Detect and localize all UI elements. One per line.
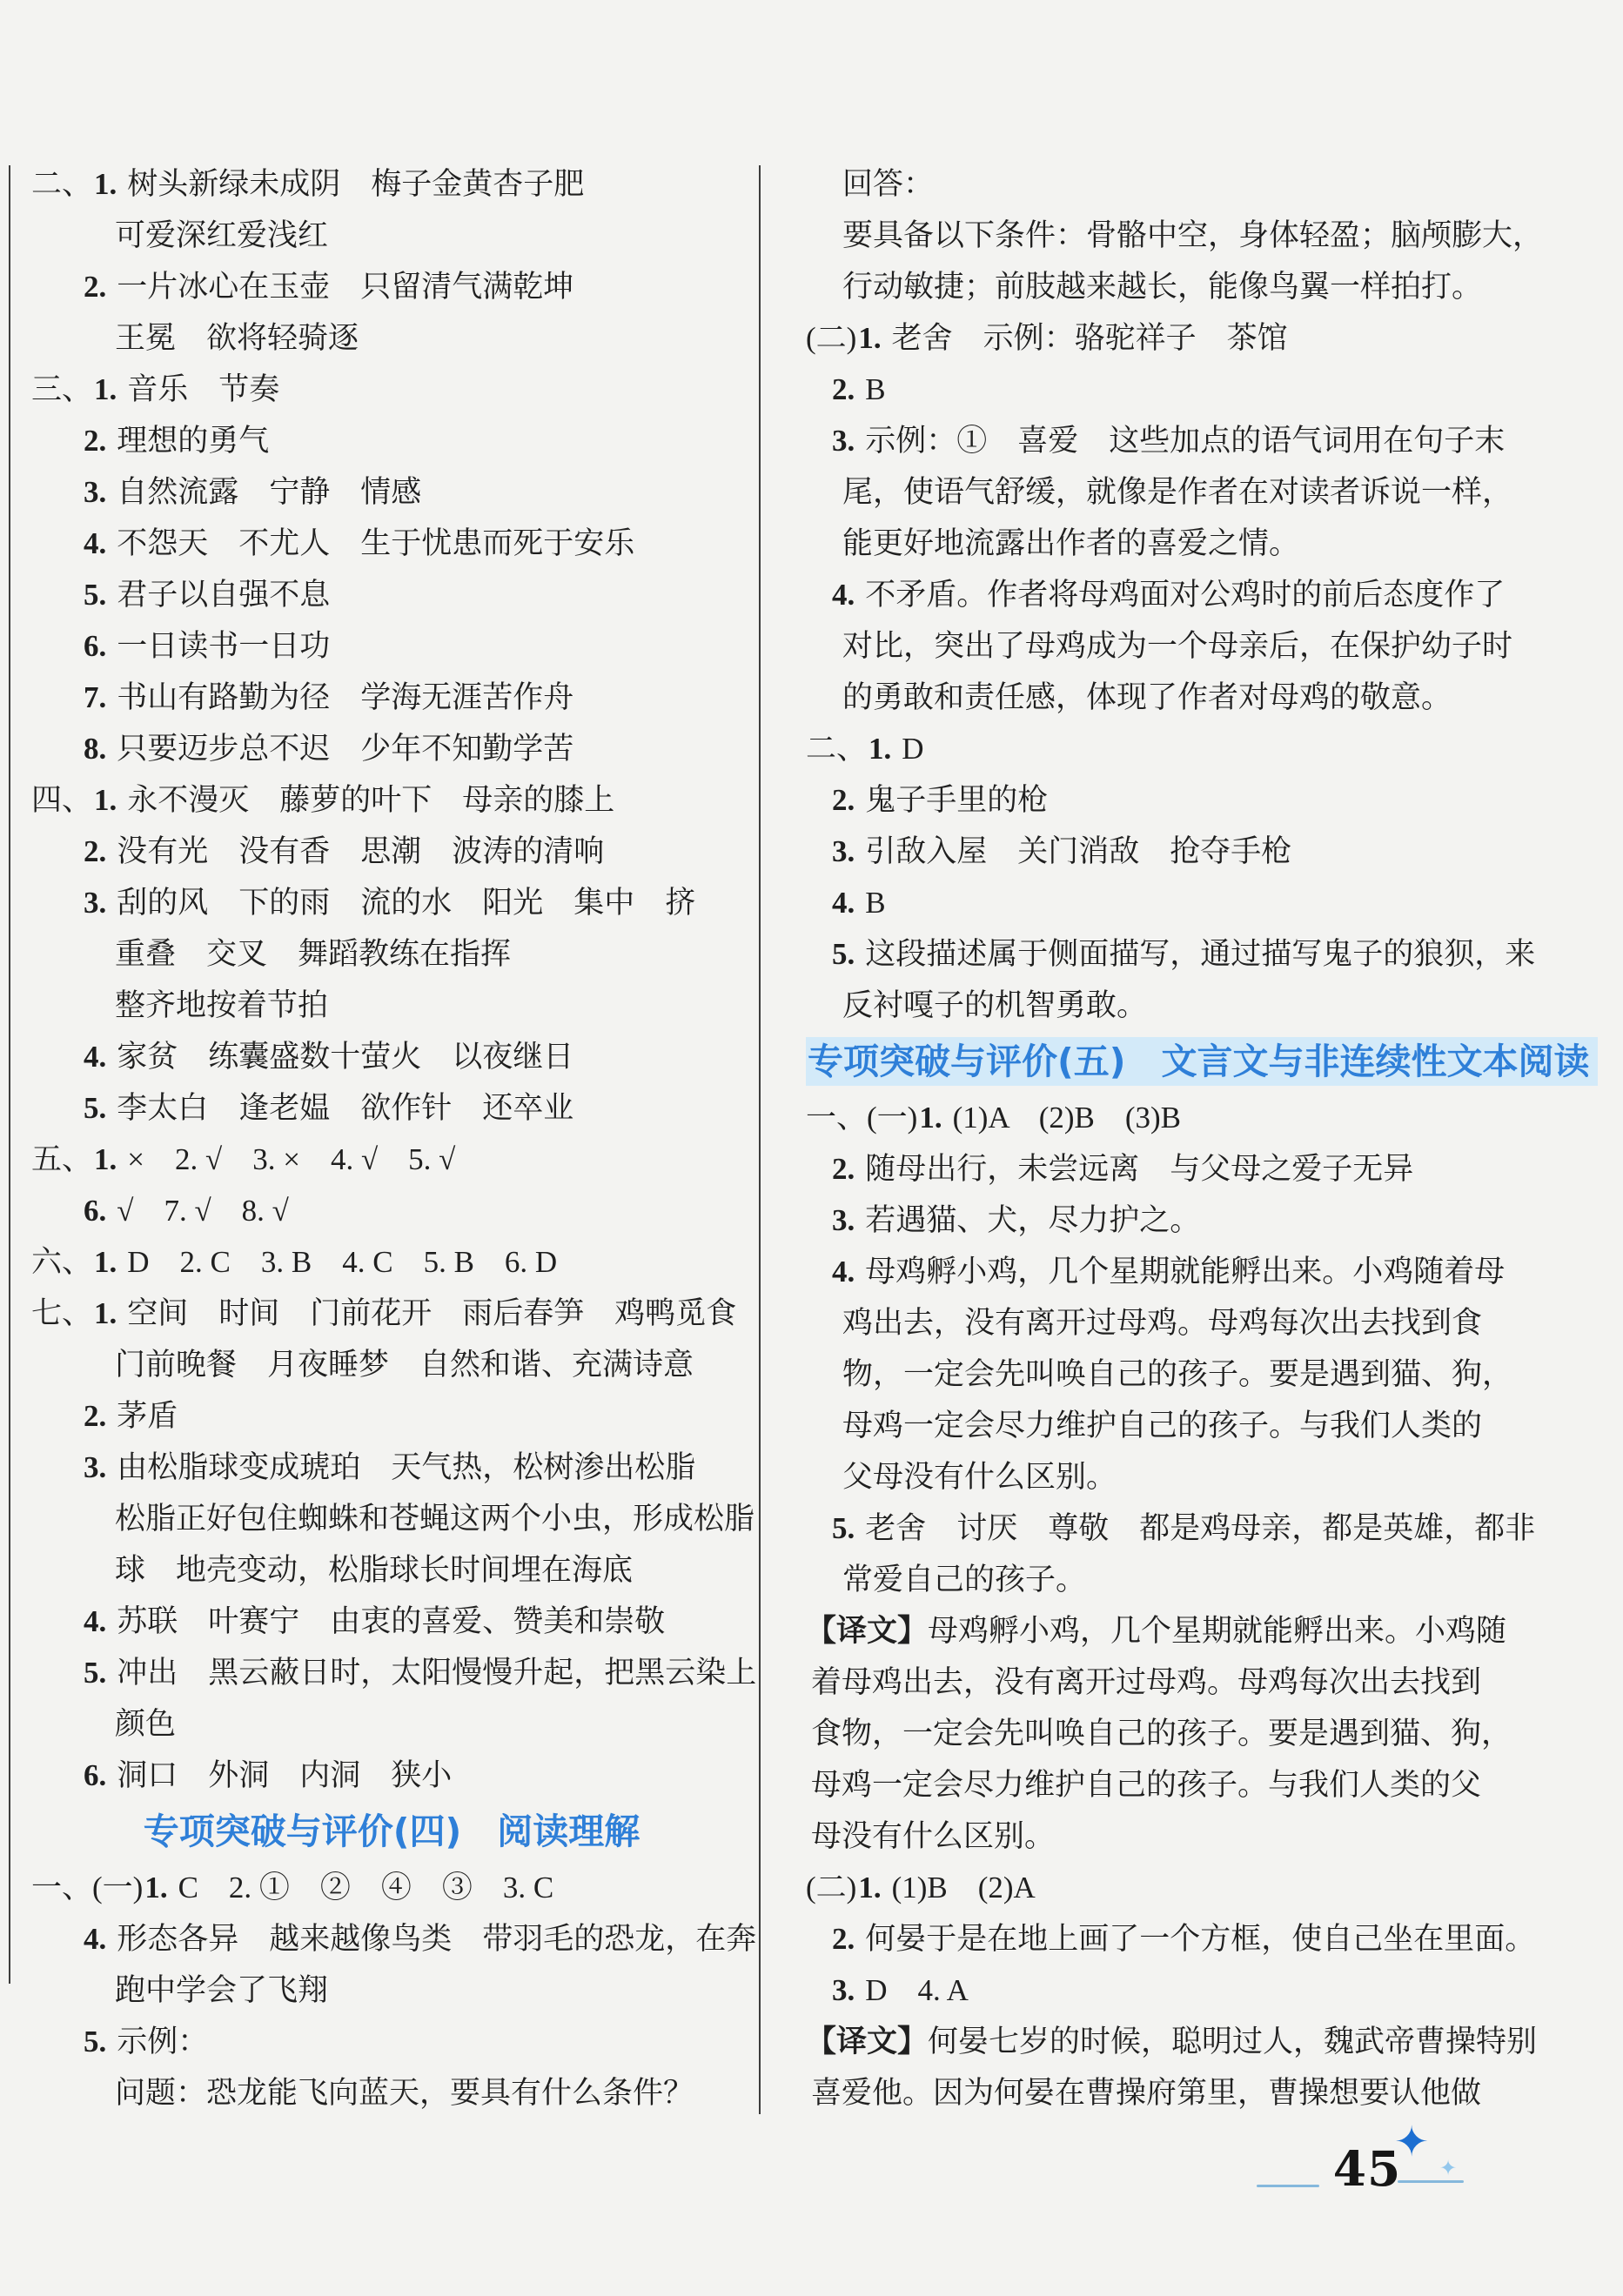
- item-number: 2.: [84, 270, 106, 304]
- answer-text: 重叠 交叉 舞蹈教练在指挥: [115, 937, 511, 971]
- item-number: 2.: [84, 424, 106, 458]
- item-number: 3.: [84, 1450, 106, 1484]
- answer-line: 着母鸡出去，没有离开过母鸡。母鸡每次出去找到: [806, 1657, 1619, 1708]
- answer-line: 4.家贫 练囊盛数十萤火 以夜继日: [31, 1031, 752, 1082]
- item-number: 1.: [94, 167, 117, 201]
- answer-line: 母没有什么区别。: [806, 1811, 1619, 1862]
- answer-line: 6.√ 7. √ 8. √: [31, 1185, 752, 1236]
- answer-line: 食物，一定会先叫唤自己的孩子。要是遇到猫、狗，: [806, 1708, 1619, 1759]
- answer-text: 永不漫灭 藤萝的叶下 母亲的膝上: [127, 783, 614, 817]
- answer-text: 行动敏捷；前肢越来越长，能像鸟翼一样拍打。: [842, 270, 1482, 304]
- answer-line: 回答：: [806, 158, 1619, 210]
- item-number: 2.: [832, 372, 855, 406]
- answer-text: 反衬嘎子的机智勇敢。: [842, 988, 1147, 1022]
- answer-text: 一片冰心在玉壶 只留清气满乾坤: [117, 270, 573, 304]
- answer-line: 要具备以下条件：骨骼中空，身体轻盈；脑颅膨大，: [806, 210, 1619, 261]
- item-number: 1.: [919, 1101, 942, 1135]
- answer-text: 母鸡一定会尽力维护自己的孩子。与我们人类的父: [811, 1768, 1481, 1802]
- answer-line: 球 地壳变动，松脂球长时间埋在海底: [31, 1544, 752, 1596]
- answer-line: 母鸡一定会尽力维护自己的孩子。与我们人类的父: [806, 1759, 1619, 1811]
- answer-text: 茅盾: [117, 1399, 178, 1433]
- item-number: 1.: [858, 1871, 881, 1904]
- item-number: 6.: [84, 1194, 106, 1228]
- answer-text: × 2. √ 3. × 4. √ 5. √: [127, 1142, 455, 1176]
- item-number: 5.: [832, 937, 855, 971]
- answer-text: 若遇猫、犬，尽力护之。: [865, 1203, 1200, 1237]
- answer-text: 鬼子手里的枪: [865, 783, 1048, 817]
- answer-line: 颜色: [31, 1698, 752, 1750]
- answer-text: 常爱自己的孩子。: [842, 1563, 1086, 1596]
- item-number: 1.: [144, 1871, 167, 1904]
- answer-line: 父母没有什么区别。: [806, 1451, 1619, 1503]
- answer-text: 冲出 黑云蔽日时，太阳慢慢升起，把黑云染上: [117, 1656, 756, 1690]
- answer-text: 王冕 欲将轻骑逐: [115, 321, 359, 355]
- answer-line: 重叠 交叉 舞蹈教练在指挥: [31, 928, 752, 980]
- answer-line: 5.这段描述属于侧面描写，通过描写鬼子的狼狈，来: [806, 928, 1619, 980]
- answer-line: 一、(一)1.(1)A (2)B (3)B: [806, 1092, 1619, 1143]
- answer-text: 示例：: [117, 2025, 208, 2058]
- answer-line: 对比，突出了母鸡成为一个母亲后，在保护幼子时: [806, 620, 1619, 672]
- item-number: 6.: [84, 629, 106, 663]
- answer-line: 一、(一)1.C 2. ① ② ④ ③ 3. C: [31, 1862, 752, 1913]
- item-number: 2.: [84, 1399, 106, 1433]
- answer-text: 老舍 示例：骆驼祥子 茶馆: [892, 321, 1288, 355]
- left-margin-rule: [9, 165, 10, 1984]
- answer-text: 理想的勇气: [117, 424, 269, 458]
- answer-line: 物，一定会先叫唤自己的孩子。要是遇到猫、狗，: [806, 1349, 1619, 1400]
- answer-line: 门前晚餐 月夜睡梦 自然和谐、充满诗意: [31, 1339, 752, 1390]
- item-number: 1.: [94, 372, 117, 406]
- item-number: 7.: [84, 680, 106, 714]
- answer-text: 整齐地按着节拍: [115, 988, 328, 1022]
- section-marker: 二、: [806, 732, 867, 766]
- answer-text: 着母鸡出去，没有离开过母鸡。母鸡每次出去找到: [811, 1665, 1481, 1699]
- item-number: 4.: [84, 526, 106, 560]
- answer-text: 自然流露 宁静 情感: [117, 475, 421, 509]
- answer-text: 家贫 练囊盛数十萤火 以夜继日: [117, 1040, 573, 1074]
- answer-line: 3.若遇猫、犬，尽力护之。: [806, 1195, 1619, 1246]
- answer-line: 4.B: [806, 877, 1619, 928]
- item-number: 2.: [832, 1922, 855, 1956]
- answer-line: 7.书山有路勤为径 学海无涯苦作舟: [31, 672, 752, 723]
- section-marker: 五、: [31, 1142, 92, 1176]
- answer-text: 形态各异 越来越像鸟类 带羽毛的恐龙，在奔: [117, 1922, 756, 1956]
- answer-text: 鸡出去，没有离开过母鸡。母鸡每次出去找到食: [842, 1306, 1482, 1340]
- answer-text: 对比，突出了母鸡成为一个母亲后，在保护幼子时: [842, 629, 1512, 663]
- answer-line: 2.何晏于是在地上画了一个方框，使自己坐在里面。: [806, 1913, 1619, 1965]
- answer-text: (1)A (2)B (3)B: [953, 1101, 1181, 1135]
- sparkle-icon-small: ✦: [1439, 2158, 1457, 2179]
- answers-column-right: 回答：要具备以下条件：骨骼中空，身体轻盈；脑颅膨大，行动敏捷；前肢越来越长，能像…: [806, 158, 1619, 2119]
- answer-line: 2.鬼子手里的枪: [806, 774, 1619, 826]
- item-number: 2.: [832, 783, 855, 817]
- answer-text: √ 7. √ 8. √: [117, 1194, 289, 1228]
- answer-text: 物，一定会先叫唤自己的孩子。要是遇到猫、狗，: [842, 1357, 1512, 1391]
- answer-line: 5.冲出 黑云蔽日时，太阳慢慢升起，把黑云染上: [31, 1647, 752, 1698]
- answer-line: 4.苏联 叶赛宁 由衷的喜爱、赞美和崇敬: [31, 1596, 752, 1647]
- item-number: 1.: [94, 1296, 117, 1330]
- item-number: 1.: [94, 783, 117, 817]
- answer-text: 跑中学会了飞翔: [115, 1973, 328, 2007]
- section-heading-text: 专项突破与评价(五) 文言文与非连续性文本阅读: [806, 1037, 1598, 1086]
- answer-text: 书山有路勤为径 学海无涯苦作舟: [117, 680, 573, 714]
- answer-text: D: [902, 732, 923, 766]
- answer-text: 空间 时间 门前花开 雨后春笋 鸡鸭觅食: [127, 1296, 736, 1330]
- item-number: 3.: [832, 424, 855, 458]
- answer-line: (二)1.老舍 示例：骆驼祥子 茶馆: [806, 312, 1619, 364]
- answer-line: 整齐地按着节拍: [31, 980, 752, 1031]
- footer-rule-right: [1398, 2180, 1464, 2183]
- answer-text: 可爱深红爱浅红: [115, 218, 328, 252]
- answer-line: 反衬嘎子的机智勇敢。: [806, 980, 1619, 1031]
- item-number: 【译文】: [806, 2025, 928, 2058]
- section-marker: 四、: [31, 783, 92, 817]
- answer-text: 母鸡一定会尽力维护自己的孩子。与我们人类的: [842, 1409, 1482, 1443]
- answer-text: 要具备以下条件：骨骼中空，身体轻盈；脑颅膨大，: [842, 218, 1543, 252]
- item-number: 3.: [84, 886, 106, 920]
- answer-text: 树头新绿未成阴 梅子金黄杏子肥: [127, 167, 584, 201]
- item-number: 5.: [84, 1656, 106, 1690]
- item-number: 4.: [84, 1922, 106, 1956]
- answer-line: 常爱自己的孩子。: [806, 1554, 1619, 1605]
- item-number: 5.: [84, 2025, 106, 2058]
- answer-text: C 2. ① ② ④ ③ 3. C: [178, 1871, 554, 1904]
- answer-text: 这段描述属于侧面描写，通过描写鬼子的狼狈，来: [865, 937, 1535, 971]
- answer-line: 跑中学会了飞翔: [31, 1965, 752, 2016]
- answer-line: 二、1.树头新绿未成阴 梅子金黄杏子肥: [31, 158, 752, 210]
- item-number: 4.: [832, 1255, 855, 1289]
- answer-line: 3.D 4. A: [806, 1965, 1619, 2016]
- answer-text: 只要迈步总不迟 少年不知勤学苦: [117, 732, 573, 766]
- answer-line: 2.理想的勇气: [31, 415, 752, 466]
- answer-text: 松脂正好包住蜘蛛和苍蝇这两个小虫，形成松脂: [115, 1502, 754, 1536]
- section-marker: (二): [806, 321, 856, 355]
- answer-text: 一日读书一日功: [117, 629, 330, 663]
- answer-line: 4.不怨天 不尤人 生于忧患而死于安乐: [31, 518, 752, 569]
- item-number: 3.: [84, 475, 106, 509]
- section-heading: 专项突破与评价(五) 文言文与非连续性文本阅读: [806, 1031, 1619, 1092]
- answer-line: 母鸡一定会尽力维护自己的孩子。与我们人类的: [806, 1400, 1619, 1451]
- answer-line: 3.示例：① 喜爱 这些加点的语气词用在句子末: [806, 415, 1619, 466]
- answer-text: 颜色: [115, 1707, 176, 1741]
- answer-text: 母鸡孵小鸡，几个星期就能孵出来。小鸡随: [928, 1614, 1506, 1648]
- answer-line: 七、1.空间 时间 门前花开 雨后春笋 鸡鸭觅食: [31, 1288, 752, 1339]
- answer-line: 六、1.D 2. C 3. B 4. C 5. B 6. D: [31, 1236, 752, 1288]
- answer-line: 能更好地流露出作者的喜爱之情。: [806, 518, 1619, 569]
- answer-line: 4.母鸡孵小鸡，几个星期就能孵出来。小鸡随着母: [806, 1246, 1619, 1297]
- answer-text: 引敌入屋 关门消敌 抢夺手枪: [865, 834, 1291, 868]
- section-marker: (二): [806, 1871, 856, 1904]
- answer-line: 2.茅盾: [31, 1390, 752, 1442]
- answer-text: 老舍 讨厌 尊敬 都是鸡母亲，都是英雄，都非: [865, 1511, 1535, 1545]
- answer-text: 母没有什么区别。: [811, 1819, 1055, 1853]
- answer-line: 四、1.永不漫灭 藤萝的叶下 母亲的膝上: [31, 774, 752, 826]
- answer-text: 食物，一定会先叫唤自己的孩子。要是遇到猫、狗，: [811, 1717, 1512, 1750]
- answer-line: 王冕 欲将轻骑逐: [31, 312, 752, 364]
- answer-line: 2.B: [806, 364, 1619, 415]
- answer-line: 行动敏捷；前肢越来越长，能像鸟翼一样拍打。: [806, 261, 1619, 312]
- item-number: 1.: [94, 1142, 117, 1176]
- item-number: 4.: [832, 886, 855, 920]
- answer-text: 母鸡孵小鸡，几个星期就能孵出来。小鸡随着母: [865, 1255, 1505, 1289]
- answer-line: 2.随母出行，未尝远离 与父母之爱子无异: [806, 1143, 1619, 1195]
- answer-line: 尾，使语气舒缓，就像是作者在对读者诉说一样，: [806, 466, 1619, 518]
- answer-text: B: [865, 886, 885, 920]
- answer-line: 4.形态各异 越来越像鸟类 带羽毛的恐龙，在奔: [31, 1913, 752, 1965]
- answer-text: B: [865, 372, 885, 406]
- item-number: 6.: [84, 1758, 106, 1792]
- answer-line: 6.一日读书一日功: [31, 620, 752, 672]
- answer-line: 6.洞口 外洞 内洞 狭小: [31, 1750, 752, 1801]
- answer-line: 喜爱他。因为何晏在曹操府第里，曹操想要认他做: [806, 2067, 1619, 2119]
- answer-text: 何晏于是在地上画了一个方框，使自己坐在里面。: [865, 1922, 1535, 1956]
- section-marker: 三、: [31, 372, 92, 406]
- item-number: 3.: [832, 834, 855, 868]
- answer-text: 能更好地流露出作者的喜爱之情。: [842, 526, 1299, 560]
- answer-line: 5.君子以自强不息: [31, 569, 752, 620]
- answer-line: 5.示例：: [31, 2016, 752, 2067]
- section-marker: 二、: [31, 167, 92, 201]
- answer-line: 的勇敢和责任感，体现了作者对母鸡的敬意。: [806, 672, 1619, 723]
- section-heading-text: 专项突破与评价(四) 阅读理解: [144, 1811, 640, 1852]
- answer-text: D 2. C 3. B 4. C 5. B 6. D: [127, 1245, 557, 1279]
- item-number: 1.: [94, 1245, 117, 1279]
- answer-line: 5.老舍 讨厌 尊敬 都是鸡母亲，都是英雄，都非: [806, 1503, 1619, 1554]
- answer-text: 刮的风 下的雨 流的水 阳光 集中 挤: [117, 886, 695, 920]
- answer-line: 二、1.D: [806, 723, 1619, 774]
- answer-text: 问题：恐龙能飞向蓝天，要具有什么条件？: [115, 2076, 694, 2110]
- item-number: 4.: [832, 578, 855, 612]
- answer-text: 不怨天 不尤人 生于忧患而死于安乐: [117, 526, 634, 560]
- answer-text: 李太白 逢老媪 欲作针 还卒业: [117, 1091, 573, 1125]
- item-number: 8.: [84, 732, 106, 766]
- answer-text: 回答：: [842, 167, 934, 201]
- section-marker: 六、: [31, 1245, 92, 1279]
- answer-line: (二)1.(1)B (2)A: [806, 1862, 1619, 1913]
- answer-text: 不矛盾。作者将母鸡面对公鸡时的前后态度作了: [865, 578, 1505, 612]
- item-number: 2.: [832, 1152, 855, 1186]
- answer-line: 可爱深红爱浅红: [31, 210, 752, 261]
- column-divider-rule: [759, 165, 761, 2114]
- section-marker: 一、(一): [806, 1101, 917, 1135]
- item-number: 【译文】: [806, 1614, 928, 1648]
- section-marker: 一、(一): [31, 1871, 143, 1904]
- answer-key-page: { "page": { "background": "#f3f3f1", "ac…: [0, 0, 1623, 2296]
- footer-rule-left: [1257, 2185, 1319, 2187]
- answer-text: 没有光 没有香 思潮 波涛的清响: [117, 834, 604, 868]
- answer-text: 由松脂球变成琥珀 天气热，松树渗出松脂: [117, 1450, 695, 1484]
- answer-line: 8.只要迈步总不迟 少年不知勤学苦: [31, 723, 752, 774]
- answer-line: 【译文】母鸡孵小鸡，几个星期就能孵出来。小鸡随: [806, 1605, 1619, 1657]
- item-number: 5.: [832, 1511, 855, 1545]
- answer-text: 门前晚餐 月夜睡梦 自然和谐、充满诗意: [115, 1348, 694, 1382]
- answer-text: D 4. A: [865, 1973, 969, 2007]
- item-number: 5.: [84, 578, 106, 612]
- answer-text: (1)B (2)A: [892, 1871, 1036, 1904]
- answer-line: 3.由松脂球变成琥珀 天气热，松树渗出松脂: [31, 1442, 752, 1493]
- item-number: 3.: [832, 1203, 855, 1237]
- answer-line: 5.李太白 逢老媪 欲作针 还卒业: [31, 1082, 752, 1134]
- answer-line: 问题：恐龙能飞向蓝天，要具有什么条件？: [31, 2067, 752, 2119]
- item-number: 1.: [858, 321, 881, 355]
- answer-line: 2.一片冰心在玉壶 只留清气满乾坤: [31, 261, 752, 312]
- answer-text: 喜爱他。因为何晏在曹操府第里，曹操想要认他做: [811, 2076, 1481, 2110]
- answer-text: 君子以自强不息: [117, 578, 330, 612]
- answer-text: 尾，使语气舒缓，就像是作者在对读者诉说一样，: [842, 475, 1512, 509]
- answer-text: 的勇敢和责任感，体现了作者对母鸡的敬意。: [842, 680, 1452, 714]
- answer-text: 球 地壳变动，松脂球长时间埋在海底: [115, 1553, 633, 1587]
- answer-text: 示例：① 喜爱 这些加点的语气词用在句子末: [865, 424, 1505, 458]
- sparkle-icon-large: ✦: [1394, 2121, 1429, 2163]
- answer-text: 苏联 叶赛宁 由衷的喜爱、赞美和崇敬: [117, 1604, 665, 1638]
- answer-text: 随母出行，未尝远离 与父母之爱子无异: [865, 1152, 1413, 1186]
- answer-text: 父母没有什么区别。: [842, 1460, 1117, 1494]
- answer-line: 3.引敌入屋 关门消敌 抢夺手枪: [806, 826, 1619, 877]
- item-number: 1.: [869, 732, 891, 766]
- answer-text: 音乐 节奏: [127, 372, 279, 406]
- answer-line: 3.刮的风 下的雨 流的水 阳光 集中 挤: [31, 877, 752, 928]
- answer-line: 五、1.× 2. √ 3. × 4. √ 5. √: [31, 1134, 752, 1185]
- answer-line: 鸡出去，没有离开过母鸡。母鸡每次出去找到食: [806, 1297, 1619, 1349]
- answer-text: 洞口 外洞 内洞 狭小: [117, 1758, 452, 1792]
- item-number: 4.: [84, 1040, 106, 1074]
- answer-line: 3.自然流露 宁静 情感: [31, 466, 752, 518]
- section-marker: 七、: [31, 1296, 92, 1330]
- item-number: 3.: [832, 1973, 855, 2007]
- section-heading: 专项突破与评价(四) 阅读理解: [31, 1801, 752, 1862]
- item-number: 4.: [84, 1604, 106, 1638]
- answer-line: 4.不矛盾。作者将母鸡面对公鸡时的前后态度作了: [806, 569, 1619, 620]
- answer-line: 三、1.音乐 节奏: [31, 364, 752, 415]
- item-number: 5.: [84, 1091, 106, 1125]
- item-number: 2.: [84, 834, 106, 868]
- answer-line: 2.没有光 没有香 思潮 波涛的清响: [31, 826, 752, 877]
- answer-line: 松脂正好包住蜘蛛和苍蝇这两个小虫，形成松脂: [31, 1493, 752, 1544]
- answer-text: 何晏七岁的时候，聪明过人，魏武帝曹操特别: [928, 2025, 1537, 2058]
- answers-column-left: 二、1.树头新绿未成阴 梅子金黄杏子肥可爱深红爱浅红2.一片冰心在玉壶 只留清气…: [31, 158, 752, 2119]
- answer-line: 【译文】何晏七岁的时候，聪明过人，魏武帝曹操特别: [806, 2016, 1619, 2067]
